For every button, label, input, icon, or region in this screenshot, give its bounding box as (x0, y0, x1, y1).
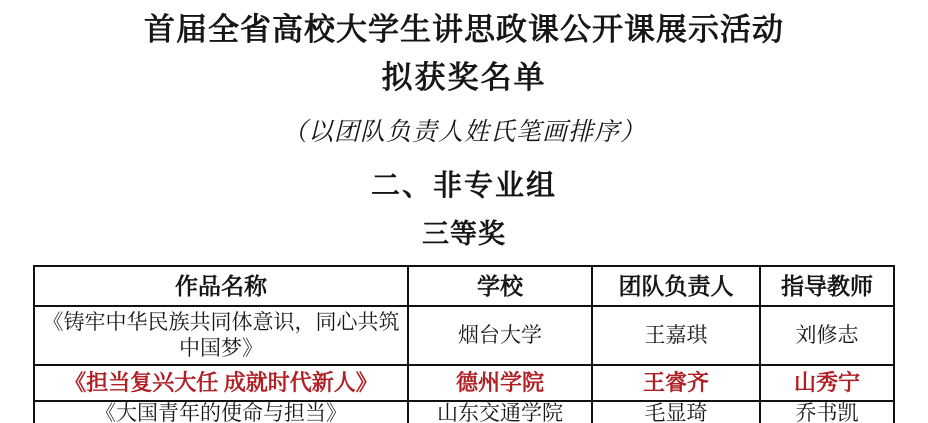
document-title-line1: 首届全省高校大学生讲思政课公开课展示活动 (0, 14, 928, 46)
cell-school: 山东交通学院 (408, 401, 592, 423)
table-row: 《担当复兴大任 成就时代新人》 德州学院 王睿齐 山秀宁 (34, 365, 894, 401)
column-header-school: 学校 (408, 266, 592, 306)
section-heading-nonprofessional-group: 二、非专业组 (0, 171, 928, 201)
cell-team-leader: 王睿齐 (592, 365, 760, 401)
table-header-row: 作品名称 学校 团队负责人 指导教师 (34, 266, 894, 306)
cell-advisor: 乔书凯 (760, 401, 894, 423)
document-title-line2: 拟获奖名单 (0, 62, 928, 94)
table-row: 《铸牢中华民族共同体意识，同心共筑中国梦》 烟台大学 王嘉琪 刘修志 (34, 306, 894, 365)
cell-advisor: 山秀宁 (760, 365, 894, 401)
cell-advisor: 刘修志 (760, 306, 894, 365)
table-row: 《大国青年的使命与担当》 山东交通学院 毛显琦 乔书凯 (34, 401, 894, 423)
cell-team-leader: 毛显琦 (592, 401, 760, 423)
cell-team-leader: 王嘉琪 (592, 306, 760, 365)
cell-work-name: 《大国青年的使命与担当》 (34, 401, 408, 423)
award-table: 作品名称 学校 团队负责人 指导教师 《铸牢中华民族共同体意识，同心共筑中国梦》… (33, 265, 895, 423)
column-header-advisor: 指导教师 (760, 266, 894, 306)
award-document: 首届全省高校大学生讲思政课公开课展示活动 拟获奖名单 （以团队负责人姓氏笔画排序… (0, 0, 928, 423)
cell-work-name: 《铸牢中华民族共同体意识，同心共筑中国梦》 (34, 306, 408, 365)
cell-school: 烟台大学 (408, 306, 592, 365)
prize-heading-third-prize: 三等奖 (0, 220, 928, 248)
sort-order-note: （以团队负责人姓氏笔画排序） (0, 120, 928, 146)
column-header-work-name: 作品名称 (34, 266, 408, 306)
cell-work-name: 《担当复兴大任 成就时代新人》 (34, 365, 408, 401)
column-header-team-leader: 团队负责人 (592, 266, 760, 306)
cell-school: 德州学院 (408, 365, 592, 401)
